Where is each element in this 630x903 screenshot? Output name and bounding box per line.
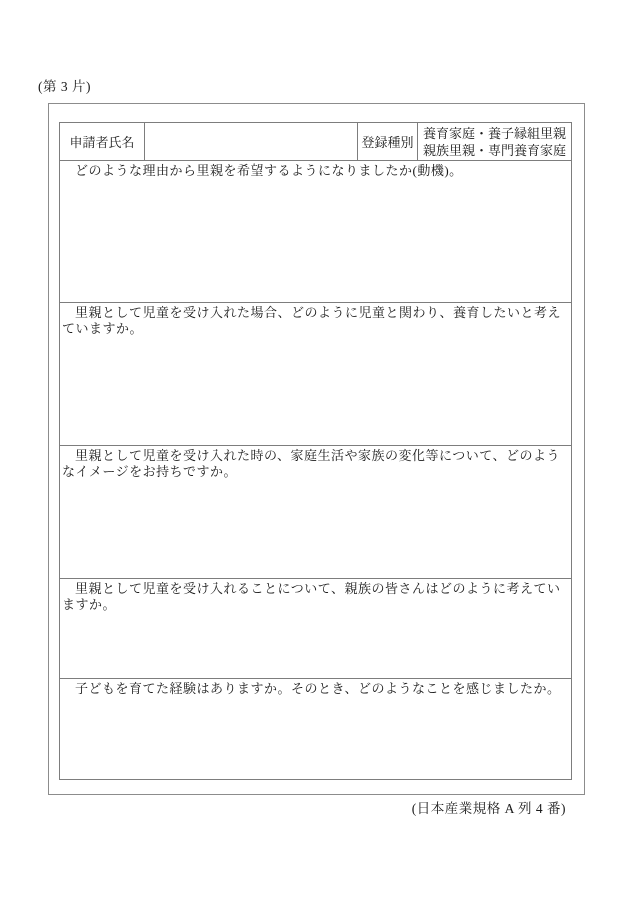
- question-row-childcare-approach: 里親として児童を受け入れた場合、どのように児童と関わり、養育したいと考えています…: [60, 303, 571, 446]
- registration-type-options: 養育家庭・養子縁組里親 親族里親・専門養育家庭: [418, 123, 571, 160]
- sheet-number-label: (第 3 片): [38, 75, 91, 95]
- question-text-family-change-image: 里親として児童を受け入れた時の、家庭生活や家族の変化等について、どのようなイメー…: [62, 448, 568, 480]
- question-row-relatives-opinion: 里親として児童を受け入れることについて、親族の皆さんはどのように考えていますか。: [60, 579, 571, 679]
- registration-type-label: 登録種別: [358, 123, 418, 160]
- paper-standard-note: (日本産業規格 A 列 4 番): [412, 797, 566, 817]
- applicant-name-field: [145, 123, 358, 160]
- registration-type-option-line2: 親族里親・専門養育家庭: [423, 142, 566, 159]
- registration-type-option-line1: 養育家庭・養子縁組里親: [423, 125, 566, 142]
- question-text-relatives-opinion: 里親として児童を受け入れることについて、親族の皆さんはどのように考えていますか。: [62, 581, 568, 613]
- applicant-name-label: 申請者氏名: [60, 123, 145, 160]
- question-text-childcare-approach: 里親として児童を受け入れた場合、どのように児童と関わり、養育したいと考えています…: [62, 305, 568, 337]
- question-row-parenting-experience: 子どもを育てた経験はありますか。そのとき、どのようなことを感じましたか。: [60, 679, 571, 779]
- answer-area-family-change-image: [62, 480, 568, 490]
- question-text-parenting-experience: 子どもを育てた経験はありますか。そのとき、どのようなことを感じましたか。: [62, 681, 568, 697]
- question-row-motivation: どのような理由から里親を希望するようになりましたか(動機)。: [60, 161, 571, 303]
- answer-area-childcare-approach: [62, 337, 568, 347]
- answer-area-relatives-opinion: [62, 613, 568, 623]
- answer-area-motivation: [62, 179, 568, 189]
- form-outer-frame: 申請者氏名 登録種別 養育家庭・養子縁組里親 親族里親・専門養育家庭 どのような…: [48, 103, 585, 795]
- question-row-family-change-image: 里親として児童を受け入れた時の、家庭生活や家族の変化等について、どのようなイメー…: [60, 446, 571, 579]
- application-form-table: 申請者氏名 登録種別 養育家庭・養子縁組里親 親族里親・専門養育家庭 どのような…: [59, 122, 572, 780]
- question-text-motivation: どのような理由から里親を希望するようになりましたか(動機)。: [62, 163, 568, 179]
- answer-area-parenting-experience: [62, 697, 568, 707]
- form-header-row: 申請者氏名 登録種別 養育家庭・養子縁組里親 親族里親・専門養育家庭: [60, 123, 571, 161]
- document-page: (第 3 片) 申請者氏名 登録種別 養育家庭・養子縁組里親 親族里親・専門養育…: [0, 0, 630, 903]
